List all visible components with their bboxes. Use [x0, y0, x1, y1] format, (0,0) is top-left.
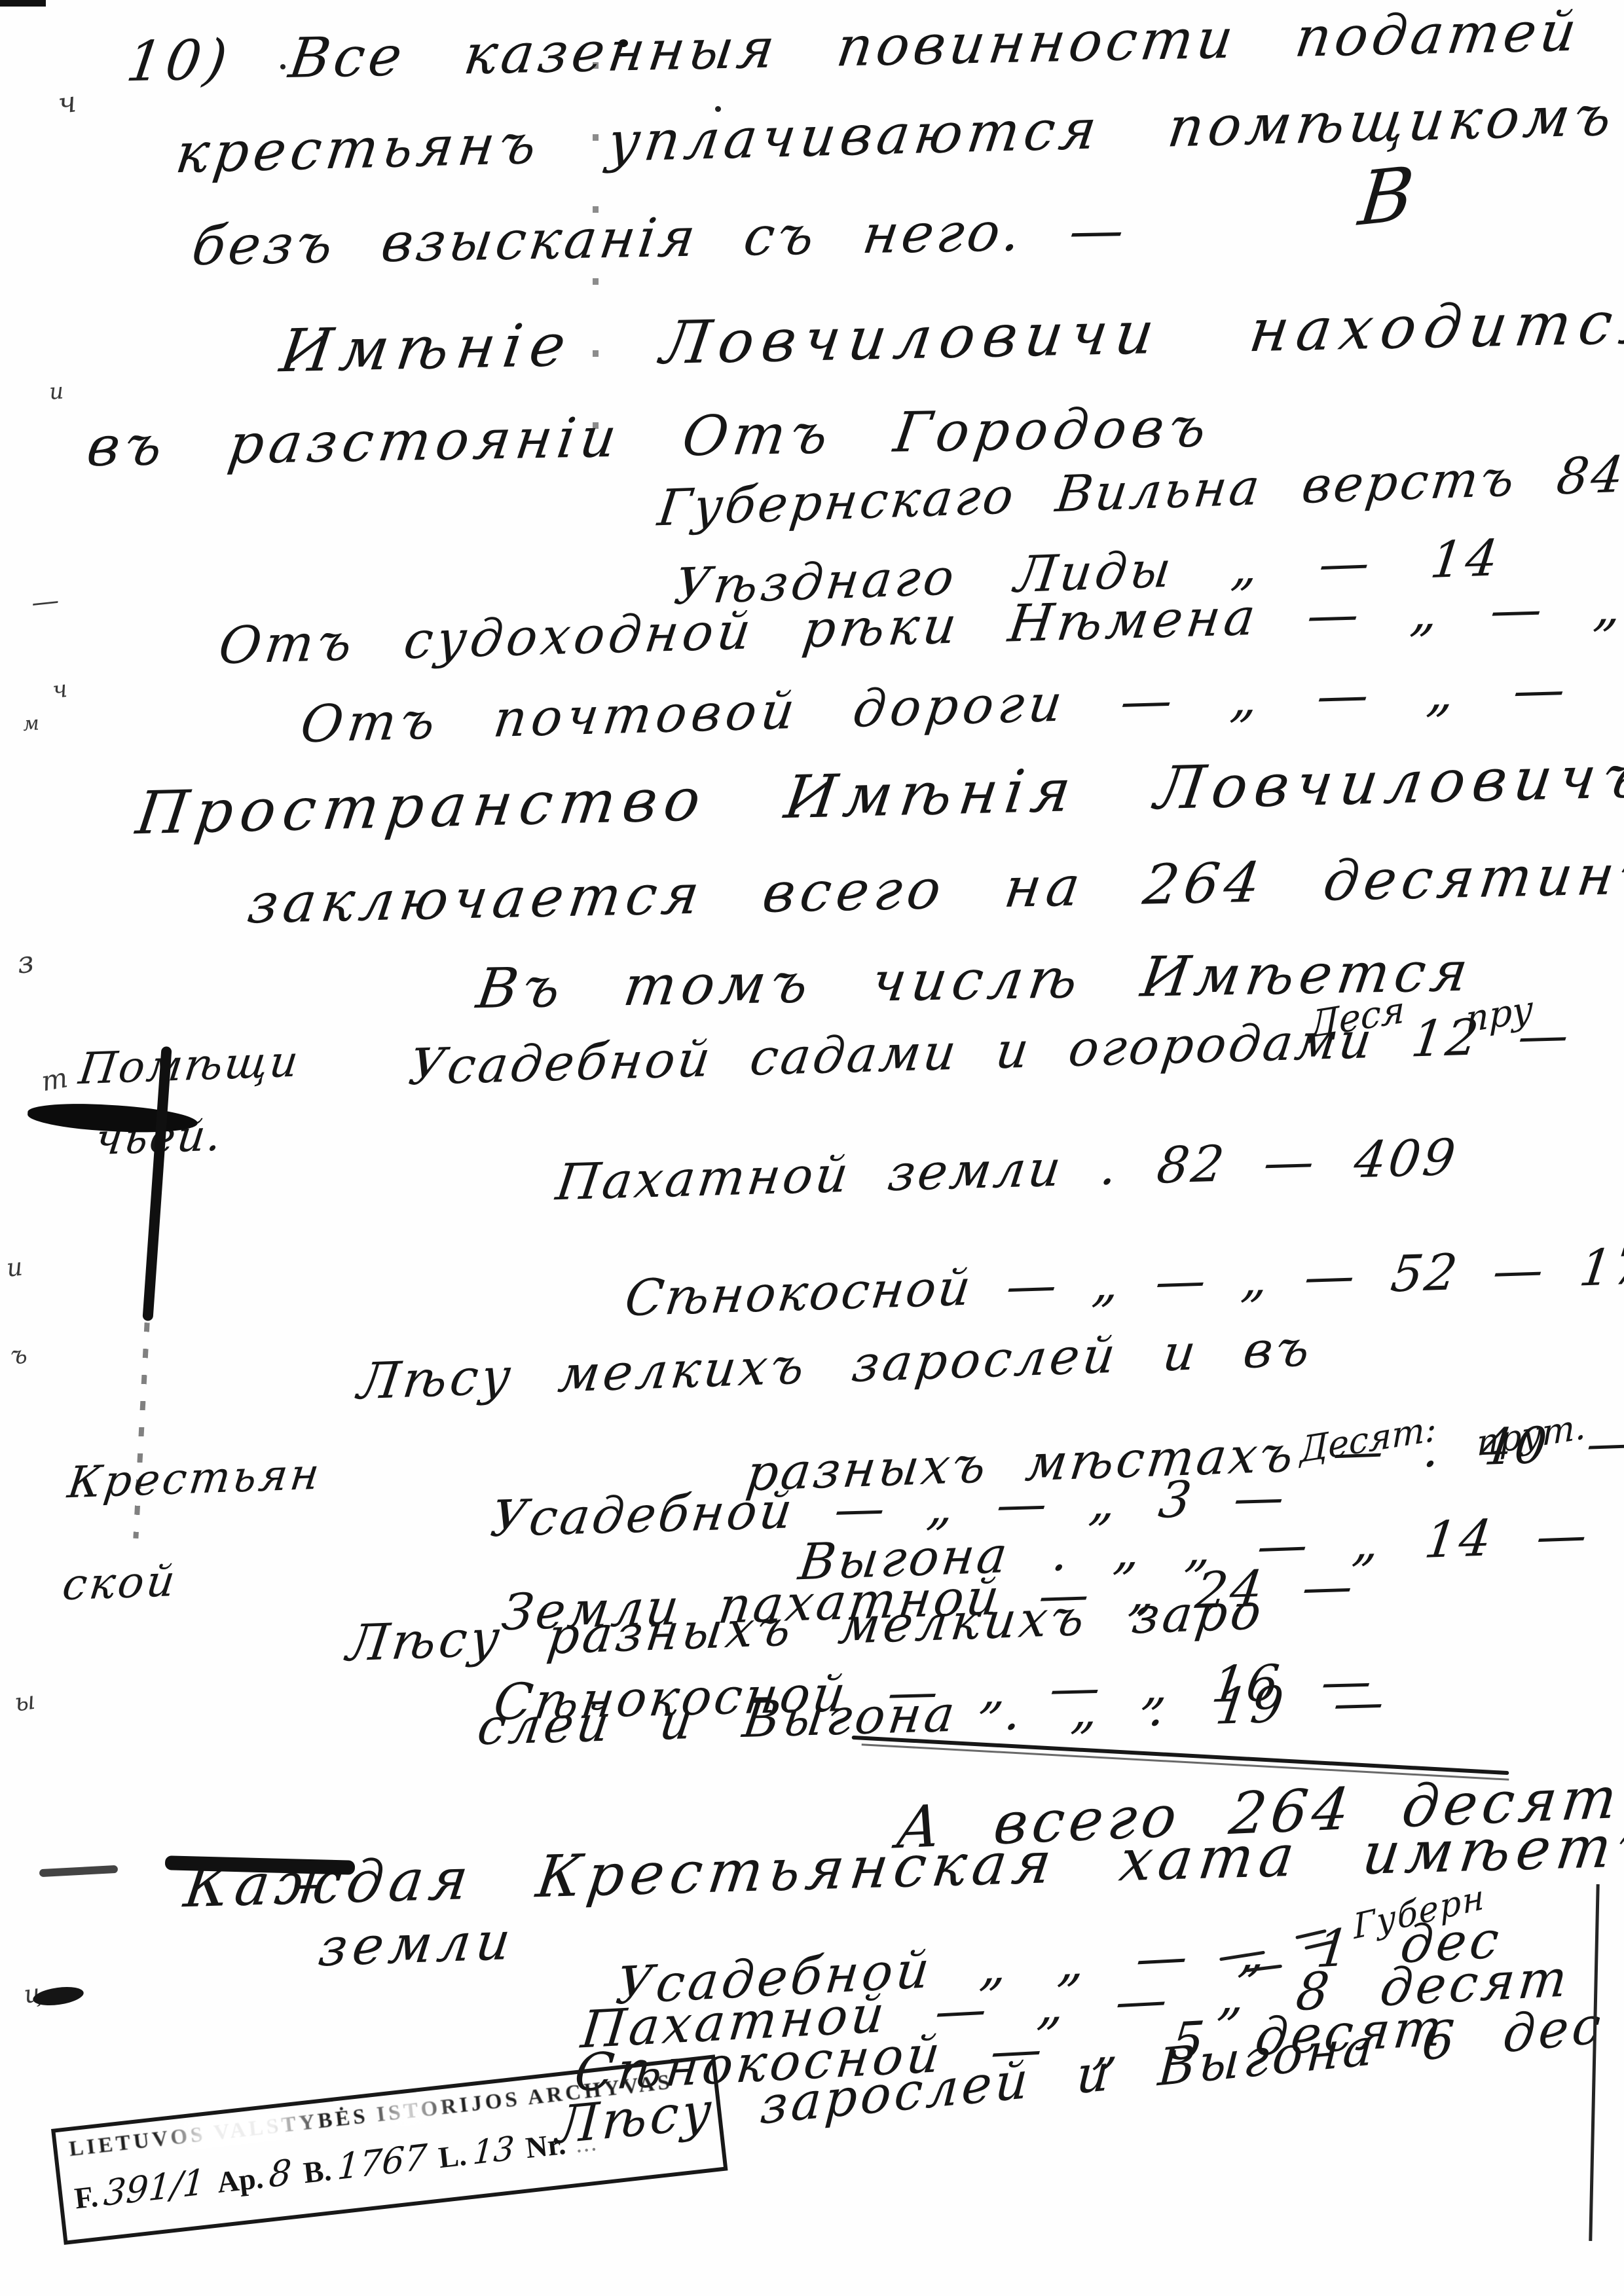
hw-line-area-2: заключается всего на 264 десятинъ	[244, 847, 1624, 931]
scanned-manuscript-page: 10) Все казенныя повинности податей за —…	[0, 0, 1624, 2296]
nr-label: Nr.	[524, 2126, 567, 2165]
hw-row-manor-homestead: Усадебной садами и огородами 12 —	[406, 1010, 1574, 1092]
hw-row-manor-hayfield: Сѣнокосной — „ — „ — 52 — 179.	[622, 1240, 1624, 1324]
margin-bleed-mark: ы	[13, 1688, 37, 1715]
margin-bleed-mark: —	[30, 587, 60, 617]
archive-stamp: LIETUVOS VALSTYBĖS ISTORIJOS ARCHYVAS F.…	[51, 2054, 728, 2245]
nr-value: …	[574, 2130, 601, 2159]
ink-speck	[715, 106, 721, 112]
stamp-fade-overlay	[153, 2107, 325, 2155]
margin-label-landlord-1: Помѣщи	[77, 1040, 303, 1091]
ink-streak	[133, 1322, 149, 1539]
hw-line-duties-3: безъ взысканія съ него. —	[189, 204, 1130, 274]
byla-value: 1767	[336, 2136, 428, 2188]
margin-label-peasant-2: ской	[60, 1559, 180, 1607]
apyrasas-value: 8	[268, 2151, 293, 2196]
hw-insertion-mark: В	[1356, 156, 1417, 236]
ink-speck	[619, 39, 628, 47]
ink-speck-column	[593, 62, 599, 455]
margin-bleed-mark: и	[5, 1254, 24, 1280]
margin-bleed-mark: м	[22, 714, 40, 735]
apyrasas-label: Ap.	[215, 2160, 265, 2200]
hw-row-peasant-forest-1: Лѣсу разныхъ мелкихъ заро	[344, 1586, 1267, 1668]
lapas-value: 13	[471, 2129, 515, 2172]
margin-bleed-mark: з	[16, 946, 35, 977]
page-fold-line	[1589, 1884, 1599, 2241]
ink-blot	[27, 1101, 198, 1136]
fond-value: 391/1	[103, 2161, 207, 2214]
hw-line-distance-road: Отъ почтовой дороги — „ — „ — 14.	[298, 660, 1624, 751]
hw-line-distance-intro: въ разстояніи Отъ Городовъ	[84, 399, 1215, 474]
hw-line-duties-1: 10) Все казенныя повинности податей за —	[123, 0, 1624, 89]
hw-line-hut-2: земли	[316, 1915, 518, 1975]
ink-speck	[280, 64, 286, 69]
hw-row-manor-arable: Пахатной земли . 82 — 409	[553, 1133, 1460, 1208]
hw-line-estate-name: Имѣніе Ловчиловичи находится	[277, 293, 1624, 382]
margin-bleed-mark: и	[48, 380, 64, 403]
margin-label-peasant-1: Крестьян	[65, 1452, 324, 1504]
total-rule-line	[852, 1736, 1509, 1775]
margin-bleed-mark: ъ	[9, 1341, 28, 1368]
margin-bleed-mark: ч	[51, 678, 69, 703]
hw-line-area-1: Пространство Имѣнія Ловчиловичъ	[133, 748, 1624, 844]
lapas-label: L.	[437, 2138, 468, 2175]
scan-edge-artifact	[0, 0, 46, 7]
hw-row-manor-forest-1: Лѣсу мелкихъ зарослей и въ	[356, 1323, 1316, 1406]
margin-bleed-mark: т	[39, 1064, 70, 1095]
fond-label: F.	[73, 2179, 100, 2216]
byla-label: B.	[302, 2153, 333, 2190]
ink-dash-blot	[39, 1865, 118, 1877]
stamp-fade-overlay	[361, 2092, 456, 2130]
margin-bleed-mark: ч	[56, 88, 78, 118]
